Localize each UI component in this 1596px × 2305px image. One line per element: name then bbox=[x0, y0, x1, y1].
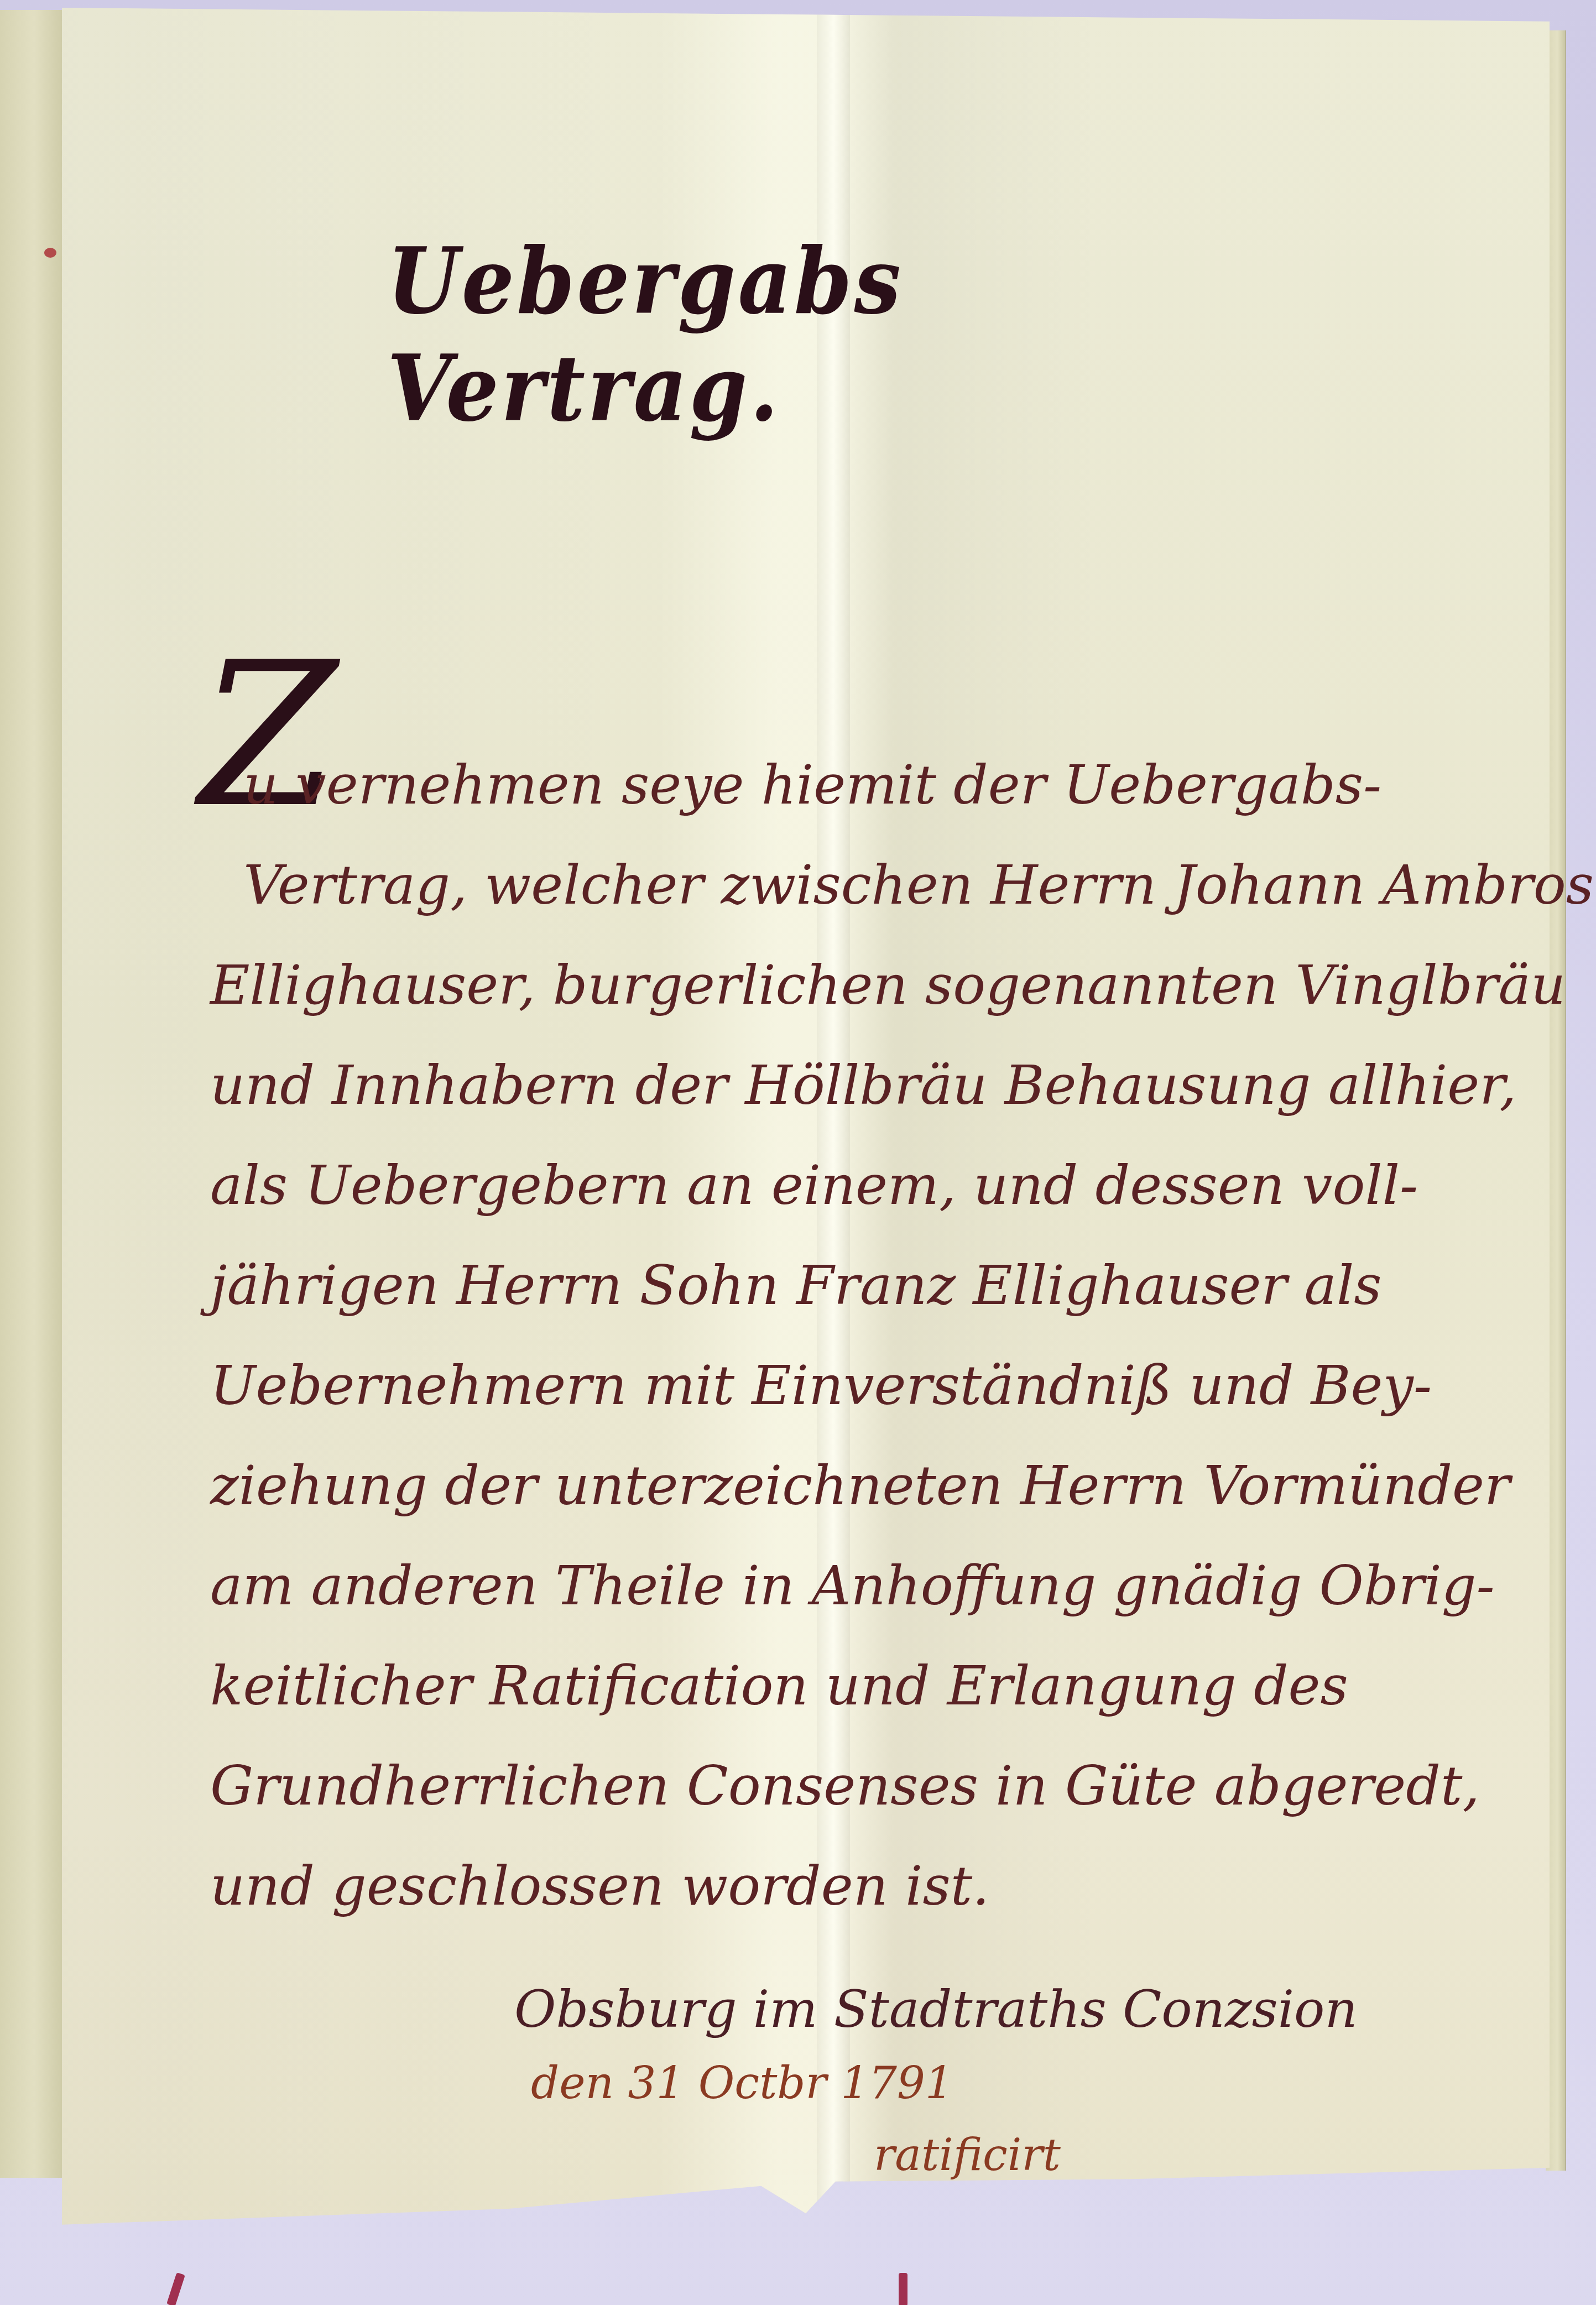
red-wax-dot bbox=[44, 248, 56, 258]
body-line-4: und Innhabern der Höllbräu Behausung all… bbox=[210, 1036, 1548, 1136]
body-line-8: ziehung der unterzeichneten Herrn Vormün… bbox=[210, 1436, 1548, 1536]
body-line-10: keitlicher Ratification und Erlangung de… bbox=[210, 1636, 1548, 1736]
body-line-7: Uebernehmern mit Einverständniß und Bey- bbox=[210, 1336, 1548, 1436]
underlying-page-edge bbox=[0, 10, 63, 2178]
body-line-3: Ellighauser, burgerlichen sogenannten Vi… bbox=[210, 936, 1548, 1036]
body-line-12: und geschlossen worden ist. bbox=[210, 1837, 1548, 1937]
annotation-place: Obsburg im Stadtraths Conzsion bbox=[514, 1980, 1358, 2039]
document-body: u vernehmen seye hiemit der Uebergabs- V… bbox=[210, 736, 1548, 1937]
annotation-ratified: ratificirt bbox=[874, 2129, 1061, 2181]
body-line-5: als Uebergebern an einem, und dessen vol… bbox=[210, 1136, 1548, 1236]
binding-thread-center bbox=[899, 2273, 907, 2305]
body-line-6: jährigen Herrn Sohn Franz Ellighauser al… bbox=[210, 1236, 1548, 1336]
body-line-2: Vertrag, welcher zwischen Herrn Johann A… bbox=[210, 836, 1548, 936]
body-line-1: u vernehmen seye hiemit der Uebergabs- bbox=[210, 736, 1548, 836]
document-title: Uebergabs Vertrag. bbox=[387, 228, 1217, 442]
annotation-date: den 31 Octbr 1791 bbox=[531, 2057, 953, 2109]
body-line-9: am anderen Theile in Anhoffung gnädig Ob… bbox=[210, 1536, 1548, 1636]
body-line-11: Grundherrlichen Consenses in Güte abgere… bbox=[210, 1736, 1548, 1837]
